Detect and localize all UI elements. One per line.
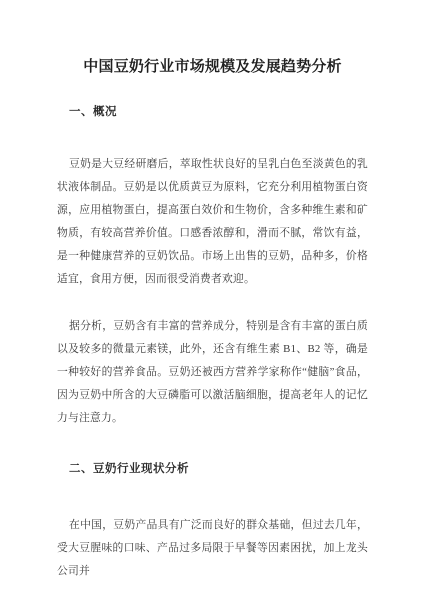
section-heading-overview: 一、概况 <box>57 105 368 119</box>
body-paragraph: 在中国，豆奶产品具有广泛而良好的群众基础，但过去几年，受大豆腥味的口味、产品过多… <box>57 514 368 583</box>
body-paragraph: 豆奶是大豆经研磨后，萃取性状良好的呈乳白色至淡黄色的乳状液体制品。豆奶是以优质黄… <box>57 153 368 291</box>
document-page: 中国豆奶行业市场规模及发展趋势分析 一、概况 豆奶是大豆经研磨后，萃取性状良好的… <box>0 0 424 600</box>
body-paragraph: 据分析，豆奶含有丰富的营养成分，特别是含有丰富的蛋白质以及较多的微量元素镁，此外… <box>57 315 368 430</box>
document-title: 中国豆奶行业市场规模及发展趋势分析 <box>57 57 368 77</box>
section-heading-industry-status: 二、豆奶行业现状分析 <box>57 462 368 476</box>
